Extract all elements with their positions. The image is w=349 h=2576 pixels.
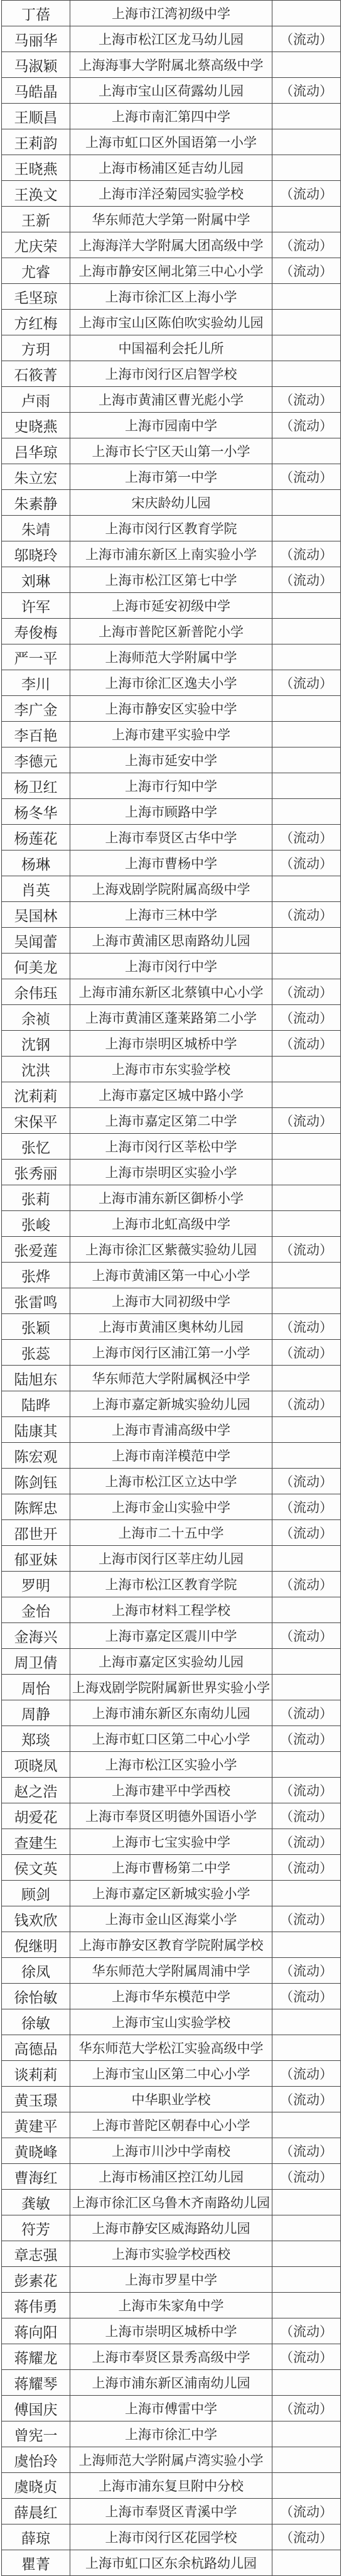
status-cell: （流动） xyxy=(272,1314,340,1339)
table-row: 朱素静 宋庆龄幼儿园 xyxy=(2,490,340,516)
teacher-name-cell: 侯文英 xyxy=(2,1855,70,1880)
status-cell xyxy=(272,619,340,644)
school-name: 上海市园南中学 xyxy=(125,416,217,435)
school-name: 上海市闵行区教育学院 xyxy=(105,519,237,538)
status-cell xyxy=(272,2550,340,2575)
teacher-name: 瞿菁 xyxy=(21,2553,50,2573)
teacher-name: 寿俊梅 xyxy=(14,621,58,642)
status-cell: （流动） xyxy=(272,2344,340,2369)
teacher-name: 杨琳 xyxy=(21,853,50,874)
teacher-name: 邬晓玲 xyxy=(14,544,58,565)
teacher-name-cell: 马皓晶 xyxy=(2,78,70,103)
school-name: 上海市实验学校西校 xyxy=(112,2244,230,2263)
teacher-name-cell: 陈剑钰 xyxy=(2,1469,70,1494)
school-cell: 上海市徐汇区上海小学 xyxy=(70,284,272,309)
teacher-name-cell: 朱立宏 xyxy=(2,464,70,489)
table-row: 徐怡敏 上海市华东模范中学 （流动） xyxy=(2,1984,340,2009)
status-cell xyxy=(272,2447,340,2472)
table-row: 钱欢欣 上海市金山区海棠小学 （流动） xyxy=(2,1906,340,1932)
teacher-name: 何美龙 xyxy=(14,956,58,977)
school-cell: 上海市行知中学 xyxy=(70,773,272,798)
table-row: 马淑颖 上海海事大学附属北蔡高级中学 xyxy=(2,52,340,78)
teacher-name: 张莉 xyxy=(21,1188,50,1209)
status-cell xyxy=(272,799,340,824)
teacher-name-cell: 傅国庆 xyxy=(2,2396,70,2421)
teacher-name-cell: 马淑颖 xyxy=(2,52,70,77)
school-name: 上海市浦东新区上南实验小学 xyxy=(85,545,257,563)
teacher-name-cell: 徐敏 xyxy=(2,2009,70,2035)
teacher-name: 余祯 xyxy=(21,1008,50,1028)
school-name: 上海市黄浦区思南路幼儿园 xyxy=(92,931,250,950)
teacher-name: 李川 xyxy=(21,673,50,693)
table-row: 陆康其 上海市青浦高级中学 xyxy=(2,1417,340,1443)
status-cell xyxy=(272,2421,340,2447)
teacher-name-cell: 倪继明 xyxy=(2,1932,70,1957)
teacher-name-cell: 王莉韵 xyxy=(2,129,70,155)
school-name: 上海市黄浦区奥林幼儿园 xyxy=(99,1317,244,1336)
teacher-name: 谈莉莉 xyxy=(14,2063,58,2084)
school-name: 上海市杨浦区控江幼儿园 xyxy=(99,2167,244,2186)
teacher-name: 查建生 xyxy=(14,1832,58,1852)
teacher-name: 王莉韵 xyxy=(14,132,58,153)
school-cell: 上海市宝山实验学校 xyxy=(70,2009,272,2035)
table-row: 许军 上海市延安初级中学 xyxy=(2,593,340,619)
school-cell: 上海市市东实验学校 xyxy=(70,1057,272,1082)
table-row: 黄玉璟 中华职业学校 （流动） xyxy=(2,2087,340,2112)
teacher-name-cell: 郑琰 xyxy=(2,1726,70,1751)
school-cell: 上海市川沙中学南校 xyxy=(70,2138,272,2163)
teacher-name: 陆晔 xyxy=(21,1394,50,1415)
status-tag: （流动） xyxy=(280,2502,333,2521)
teacher-name-cell: 龚敏 xyxy=(2,2190,70,2215)
teacher-name: 罗明 xyxy=(21,1574,50,1595)
table-row: 符芳 上海市静安区威海路幼儿园 xyxy=(2,2215,340,2241)
school-cell: 上海市闵行区浦江第一小学 xyxy=(70,1340,272,1365)
school-cell: 华东师范大学第一附属中学 xyxy=(70,207,272,232)
school-name: 上海市松江区教育学院 xyxy=(105,1575,237,1594)
teacher-name: 宋保平 xyxy=(14,1111,58,1131)
status-cell xyxy=(272,928,340,953)
teacher-name: 余伟珏 xyxy=(14,982,58,1003)
school-name: 上海市闵行中学 xyxy=(125,957,217,976)
status-tag: （流动） xyxy=(280,1781,333,1800)
school-name: 上海市松江区立达中学 xyxy=(105,1472,237,1491)
table-row: 赵之浩 上海市建平中学西校 （流动） xyxy=(2,1778,340,1803)
school-name: 上海市浦东新区浦南幼儿园 xyxy=(92,2373,250,2392)
table-row: 蒋伟勇 上海市朱家角中学 xyxy=(2,2293,340,2318)
school-name: 上海市虹口区外国语第一小学 xyxy=(85,133,257,151)
status-cell xyxy=(272,1881,340,1906)
table-row: 金怡 上海市材料工程学校 xyxy=(2,1597,340,1623)
status-tag: （流动） xyxy=(280,1472,333,1491)
school-cell: 上海市松江区立达中学 xyxy=(70,1469,272,1494)
teacher-name-cell: 虞怡玲 xyxy=(2,2447,70,2472)
teacher-name: 薛晨红 xyxy=(14,2501,58,2522)
teacher-name-cell: 刘琳 xyxy=(2,567,70,592)
table-row: 倪继明 上海市静安区教育学院附属学校 xyxy=(2,1932,340,1958)
status-cell xyxy=(272,2473,340,2498)
school-name: 上海市市东实验学校 xyxy=(112,1060,230,1079)
school-cell: 上海市普陀区朝春中心小学 xyxy=(70,2112,272,2138)
table-row: 马皓晶 上海市宝山区荷露幼儿园 （流动） xyxy=(2,78,340,104)
teacher-name: 石筱菁 xyxy=(14,364,58,384)
status-tag: （流动） xyxy=(280,1626,333,1645)
school-cell: 上海市华东模范中学 xyxy=(70,1984,272,2009)
status-cell xyxy=(272,954,340,979)
teacher-name: 王顺昌 xyxy=(14,106,58,127)
school-cell: 上海市浦东复旦附中分校 xyxy=(70,2473,272,2498)
school-name: 上海市松江区龙马幼儿园 xyxy=(99,30,244,48)
table-row: 尤睿 上海市静安区闸北第三中心小学 （流动） xyxy=(2,258,340,284)
status-tag: （流动） xyxy=(280,1961,333,1980)
teacher-name-cell: 吴闻蕾 xyxy=(2,928,70,953)
school-name: 上海市宝山实验学校 xyxy=(112,2013,230,2031)
school-cell: 上海市金山区海棠小学 xyxy=(70,1906,272,1932)
status-tag: （流动） xyxy=(280,1394,333,1413)
school-cell: 上海戏剧学院附属高级中学 xyxy=(70,876,272,901)
status-cell: （流动） xyxy=(272,1855,340,1880)
school-name: 上海市奉贤区景秀高级中学 xyxy=(92,2347,250,2366)
school-cell: 上海市曹杨第二中学 xyxy=(70,1855,272,1880)
teacher-name-cell: 徐怡敏 xyxy=(2,1984,70,2009)
table-row: 陆晔 上海市嘉定新城实验幼儿园 （流动） xyxy=(2,1391,340,1417)
status-tag: （流动） xyxy=(280,982,333,1001)
status-cell xyxy=(272,52,340,77)
teacher-name: 傅国庆 xyxy=(14,2398,58,2419)
school-cell: 上海市建平中学西校 xyxy=(70,1778,272,1803)
teacher-name-cell: 金海兴 xyxy=(2,1623,70,1648)
status-tag: （流动） xyxy=(280,1910,333,1928)
table-row: 卢雨 上海市黄浦区曹光彪小学 （流动） xyxy=(2,387,340,413)
table-row: 蒋耀龙 上海市奉贤区景秀高级中学 （流动） xyxy=(2,2344,340,2370)
school-name: 上海市普陀区新普陀小学 xyxy=(99,622,244,641)
table-row: 杨冬华 上海市顾路中学 xyxy=(2,799,340,825)
school-cell: 上海市松江区第七中学 xyxy=(70,567,272,592)
status-cell: （流动） xyxy=(272,1520,340,1545)
status-cell xyxy=(272,1366,340,1391)
teacher-name: 许军 xyxy=(21,595,50,616)
table-row: 徐凤 华东师范大学附属周浦中学 （流动） xyxy=(2,1958,340,1984)
school-name: 上海市华东模范中学 xyxy=(112,1987,230,2006)
teacher-name: 丁蓓 xyxy=(21,3,50,24)
status-cell: （流动） xyxy=(272,413,340,438)
teacher-name-cell: 周静 xyxy=(2,1700,70,1725)
status-cell: （流动） xyxy=(272,1572,340,1597)
school-name: 上海市青浦高级中学 xyxy=(112,1420,230,1439)
school-name: 上海市静安区威海路幼儿园 xyxy=(92,2219,250,2237)
table-row: 胡爱花 上海市奉贤区明德外国语小学 （流动） xyxy=(2,1803,340,1829)
school-cell: 上海市黄浦区奥林幼儿园 xyxy=(70,1314,272,1339)
teacher-name-cell: 沈洪 xyxy=(2,1057,70,1082)
school-cell: 上海市嘉定区震川中学 xyxy=(70,1623,272,1648)
school-cell: 上海市虹口区东余杭路幼儿园 xyxy=(70,2550,272,2575)
status-tag: （流动） xyxy=(280,2090,333,2109)
school-cell: 上海市静安区闸北第三中心小学 xyxy=(70,258,272,283)
status-cell xyxy=(272,1211,340,1236)
status-tag: （流动） xyxy=(280,828,333,847)
teacher-name-cell: 徐凤 xyxy=(2,1958,70,1983)
school-cell: 上海市浦东新区上南实验小学 xyxy=(70,541,272,567)
status-tag: （流动） xyxy=(280,2347,333,2366)
school-cell: 上海市松江区龙马幼儿园 xyxy=(70,26,272,52)
status-cell xyxy=(272,593,340,618)
status-cell xyxy=(272,1675,340,1700)
teacher-name: 金海兴 xyxy=(14,1626,58,1646)
status-cell: （流动） xyxy=(272,1906,340,1932)
school-name: 上海市嘉定新城实验幼儿园 xyxy=(92,1394,250,1413)
status-tag: （流动） xyxy=(280,545,333,563)
status-cell xyxy=(272,155,340,180)
school-cell: 上海市罗星中学 xyxy=(70,2267,272,2292)
school-cell: 上海市园南中学 xyxy=(70,413,272,438)
status-cell xyxy=(272,1185,340,1210)
school-name: 上海市黄浦区蓬莱路第二小学 xyxy=(85,1008,257,1027)
teacher-name-cell: 高德品 xyxy=(2,2035,70,2060)
teacher-name-cell: 查建生 xyxy=(2,1829,70,1854)
status-cell xyxy=(272,438,340,464)
status-cell xyxy=(272,747,340,773)
school-cell: 上海海洋大学附属大团高级中学 xyxy=(70,232,272,258)
status-tag: （流动） xyxy=(280,673,333,692)
school-cell: 上海市宝山区第二中心小学 xyxy=(70,2061,272,2086)
teacher-name: 朱立宏 xyxy=(14,467,58,487)
school-name: 上海市南洋模范中学 xyxy=(112,1446,230,1465)
school-cell: 上海市嘉定区城中路小学 xyxy=(70,1082,272,1107)
school-cell: 宋庆龄幼儿园 xyxy=(70,490,272,515)
table-row: 宋保平 上海市嘉定区第二中学 （流动） xyxy=(2,1108,340,1134)
teacher-name: 虞怡玲 xyxy=(14,2450,58,2470)
teacher-name: 朱靖 xyxy=(21,518,50,539)
teacher-name: 郑琰 xyxy=(21,1729,50,1749)
table-row: 项晓凤 上海市松江区实验小学 xyxy=(2,1752,340,1778)
status-tag: （流动） xyxy=(280,570,333,589)
school-cell: 华东师范大学附属枫泾中学 xyxy=(70,1366,272,1391)
teacher-name-cell: 薛琼 xyxy=(2,2524,70,2550)
teacher-name: 刘琳 xyxy=(21,570,50,590)
teacher-name-cell: 吴国林 xyxy=(2,902,70,927)
school-cell: 上海市黄浦区曹光彪小学 xyxy=(70,387,272,412)
teacher-name: 倪继明 xyxy=(14,1935,58,1955)
status-cell: （流动） xyxy=(272,825,340,850)
teacher-name: 沈钢 xyxy=(21,1033,50,1054)
status-tag: （流动） xyxy=(280,1317,333,1336)
table-row: 陈宏观 上海市南洋模范中学 xyxy=(2,1443,340,1469)
status-cell xyxy=(272,1443,340,1468)
table-row: 傅国庆 上海市傅雷中学 （流动） xyxy=(2,2396,340,2421)
school-name: 上海市崇明区实验小学 xyxy=(105,1163,237,1182)
status-cell: （流动） xyxy=(272,1237,340,1262)
status-cell xyxy=(272,2009,340,2035)
school-name: 上海市虹口区东余杭路幼儿园 xyxy=(85,2553,257,2572)
teacher-name: 吴闻蕾 xyxy=(14,930,58,951)
table-row: 薛晨红 上海市奉贤区青溪中学 （流动） xyxy=(2,2499,340,2524)
table-row: 沈莉莉 上海市嘉定区城中路小学 xyxy=(2,1082,340,1108)
school-cell: 上海市浦东新区东南幼儿园 xyxy=(70,1700,272,1725)
status-cell xyxy=(272,129,340,155)
teacher-name-cell: 王顺昌 xyxy=(2,104,70,129)
school-cell: 华东师范大学附属周浦中学 xyxy=(70,1958,272,1983)
table-row: 王涣文 上海市洋泾菊园实验学校 （流动） xyxy=(2,181,340,207)
teacher-name-cell: 顾剑 xyxy=(2,1881,70,1906)
table-row: 谈莉莉 上海市宝山区第二中心小学 （流动） xyxy=(2,2061,340,2087)
teacher-name-cell: 方红梅 xyxy=(2,310,70,335)
school-cell: 上海市洋泾菊园实验学校 xyxy=(70,181,272,206)
school-name: 上海市闵行区浦江第一小学 xyxy=(92,1343,250,1362)
status-cell xyxy=(272,1057,340,1082)
school-cell: 上海市奉贤区明德外国语小学 xyxy=(70,1803,272,1829)
school-name: 华东师范大学第一附属中学 xyxy=(92,210,250,229)
school-name: 上海市建平中学西校 xyxy=(112,1781,230,1800)
school-name: 上海市延安中学 xyxy=(125,751,217,769)
school-name: 上海市徐汇区紫薇实验幼儿园 xyxy=(85,1240,257,1259)
school-cell: 上海市闵行区教育学院 xyxy=(70,516,272,541)
table-row: 李百艳 上海市建平实验中学 xyxy=(2,722,340,747)
school-name: 上海师范大学附属卢湾实验小学 xyxy=(79,2450,264,2469)
school-cell: 上海市闵行中学 xyxy=(70,954,272,979)
school-cell: 上海市浦东新区御桥小学 xyxy=(70,1185,272,1210)
status-cell xyxy=(272,1082,340,1107)
status-tag: （流动） xyxy=(280,1343,333,1362)
school-cell: 上海市嘉定区实验幼儿园 xyxy=(70,1649,272,1674)
school-name: 上海市川沙中学南校 xyxy=(112,2141,230,2160)
teacher-name-cell: 陆旭东 xyxy=(2,1366,70,1391)
table-row: 侯文英 上海市曹杨第二中学 （流动） xyxy=(2,1855,340,1881)
table-row: 寿俊梅 上海市普陀区新普陀小学 xyxy=(2,619,340,644)
table-row: 瞿菁 上海市虹口区东余杭路幼儿园 xyxy=(2,2550,340,2576)
status-tag: （流动） xyxy=(280,1497,333,1516)
teacher-name-cell: 杨莲花 xyxy=(2,825,70,850)
teacher-name-cell: 曹海红 xyxy=(2,2164,70,2189)
table-row: 丁蓓 上海市江湾初级中学 xyxy=(2,1,340,26)
status-cell xyxy=(272,2190,340,2215)
status-cell: （流动） xyxy=(272,1108,340,1133)
teacher-name-cell: 寿俊梅 xyxy=(2,619,70,644)
school-cell: 上海市普陀区新普陀小学 xyxy=(70,619,272,644)
table-row: 石筱菁 上海市闵行区启智学校 xyxy=(2,361,340,387)
table-row: 李广金 上海市静安区实验中学 xyxy=(2,696,340,722)
school-cell: 上海市黄浦区第一中心小学 xyxy=(70,1263,272,1288)
school-name: 上海市宝山区第二中心小学 xyxy=(92,2064,250,2083)
status-tag: （流动） xyxy=(280,905,333,924)
teacher-name: 马皓晶 xyxy=(14,80,58,101)
school-name: 上海市普陀区朝春中心小学 xyxy=(92,2116,250,2134)
teacher-name: 蒋向阳 xyxy=(14,2321,58,2342)
school-name: 上海市二十五中学 xyxy=(119,1523,224,1542)
school-name: 中华职业学校 xyxy=(132,2090,211,2109)
teacher-name: 杨卫红 xyxy=(14,776,58,796)
teacher-name-cell: 张蕊 xyxy=(2,1340,70,1365)
school-name: 宋庆龄幼儿园 xyxy=(132,493,211,512)
school-name: 上海市金山实验中学 xyxy=(112,1497,230,1516)
school-name: 上海市嘉定区实验幼儿园 xyxy=(99,1652,244,1671)
teacher-name: 虞晓贞 xyxy=(14,2475,58,2496)
teacher-name-cell: 黄晓峰 xyxy=(2,2138,70,2163)
teacher-name: 项晓凤 xyxy=(14,1754,58,1775)
school-cell: 上海市奉贤区景秀高级中学 xyxy=(70,2344,272,2369)
teacher-name-cell: 张雷鸣 xyxy=(2,1288,70,1313)
teacher-name: 曾宪一 xyxy=(14,2424,58,2445)
status-cell: （流动） xyxy=(272,258,340,283)
teacher-name: 严一平 xyxy=(14,647,58,668)
school-name: 上海市崇明区城桥中学 xyxy=(105,1034,237,1053)
status-cell xyxy=(272,1134,340,1159)
school-name: 上海市闵行区启智学校 xyxy=(105,364,237,383)
teacher-name-cell: 陆康其 xyxy=(2,1417,70,1442)
table-row: 吴闻蕾 上海市黄浦区思南路幼儿园 xyxy=(2,928,340,954)
teacher-name: 方红梅 xyxy=(14,312,58,333)
teacher-name-cell: 陈宏观 xyxy=(2,1443,70,1468)
status-cell: （流动） xyxy=(272,181,340,206)
school-cell: 上海市静安区实验中学 xyxy=(70,696,272,721)
status-cell xyxy=(272,1263,340,1288)
school-name: 上海市行知中学 xyxy=(125,776,217,795)
table-row: 张秀丽 上海市崇明区实验小学 xyxy=(2,1160,340,1185)
teacher-name-cell: 李广金 xyxy=(2,696,70,721)
teacher-name-cell: 马丽华 xyxy=(2,26,70,52)
teacher-name: 马丽华 xyxy=(14,29,58,50)
table-row: 陈剑钰 上海市松江区立达中学 （流动） xyxy=(2,1469,340,1494)
table-row: 史晓燕 上海市园南中学 （流动） xyxy=(2,413,340,438)
school-name: 上海市徐汇区上海小学 xyxy=(105,287,237,306)
teacher-name-cell: 张烨 xyxy=(2,1263,70,1288)
teacher-name-cell: 谈莉莉 xyxy=(2,2061,70,2086)
school-name: 上海市徐汇中学 xyxy=(125,2425,217,2443)
school-cell: 上海市宝山区荷露幼儿园 xyxy=(70,78,272,103)
school-cell: 上海市北虹高级中学 xyxy=(70,1211,272,1236)
teacher-name: 吕华琼 xyxy=(14,441,58,462)
teacher-name-cell: 沈莉莉 xyxy=(2,1082,70,1107)
table-row: 朱立宏 上海市第一中学 （流动） xyxy=(2,464,340,490)
status-cell xyxy=(272,335,340,361)
status-cell: （流动） xyxy=(272,1391,340,1416)
table-row: 马丽华 上海市松江区龙马幼儿园 （流动） xyxy=(2,26,340,52)
table-row: 周怡 上海戏剧学院附属新世界实验小学 xyxy=(2,1675,340,1700)
school-name: 上海市朱家角中学 xyxy=(119,2296,224,2315)
school-cell: 上海市杨浦区延吉幼儿园 xyxy=(70,155,272,180)
school-name: 上海市崇明区城桥中学 xyxy=(105,2322,237,2340)
status-cell xyxy=(272,1597,340,1622)
teacher-name: 陆康其 xyxy=(14,1420,58,1440)
school-name: 上海市顾路中学 xyxy=(125,802,217,821)
teacher-name-cell: 薛晨红 xyxy=(2,2499,70,2524)
status-cell xyxy=(272,2293,340,2318)
status-cell: （流动） xyxy=(272,1984,340,2009)
table-row: 王晓燕 上海市杨浦区延吉幼儿园 xyxy=(2,155,340,181)
school-name: 上海市傅雷中学 xyxy=(125,2399,217,2418)
school-name: 上海市嘉定区震川中学 xyxy=(105,1626,237,1645)
school-cell: 上海市建平实验中学 xyxy=(70,722,272,747)
table-row: 吴国林 上海市三林中学 （流动） xyxy=(2,902,340,928)
school-name: 上海戏剧学院附属高级中学 xyxy=(92,879,250,898)
teacher-name-cell: 方玥 xyxy=(2,335,70,361)
table-row: 陆旭东 华东师范大学附属枫泾中学 xyxy=(2,1366,340,1391)
teacher-name: 卢雨 xyxy=(21,389,50,410)
status-cell xyxy=(272,1752,340,1777)
school-cell: 上海市徐汇中学 xyxy=(70,2421,272,2447)
teacher-name: 李德元 xyxy=(14,750,58,771)
teacher-name: 毛坚琼 xyxy=(14,286,58,307)
status-tag: （流动） xyxy=(280,416,333,435)
school-cell: 上海市浦东新区浦南幼儿园 xyxy=(70,2370,272,2395)
teacher-name-cell: 罗明 xyxy=(2,1572,70,1597)
status-cell: （流动） xyxy=(272,851,340,876)
teacher-name: 张峻 xyxy=(21,1214,50,1234)
status-cell: （流动） xyxy=(272,232,340,258)
teacher-name-cell: 卢雨 xyxy=(2,387,70,412)
school-cell: 上海市嘉定区第二中学 xyxy=(70,1108,272,1133)
school-cell: 上海市长宁区天山第一小学 xyxy=(70,438,272,464)
teacher-name-cell: 蒋伟勇 xyxy=(2,2293,70,2318)
